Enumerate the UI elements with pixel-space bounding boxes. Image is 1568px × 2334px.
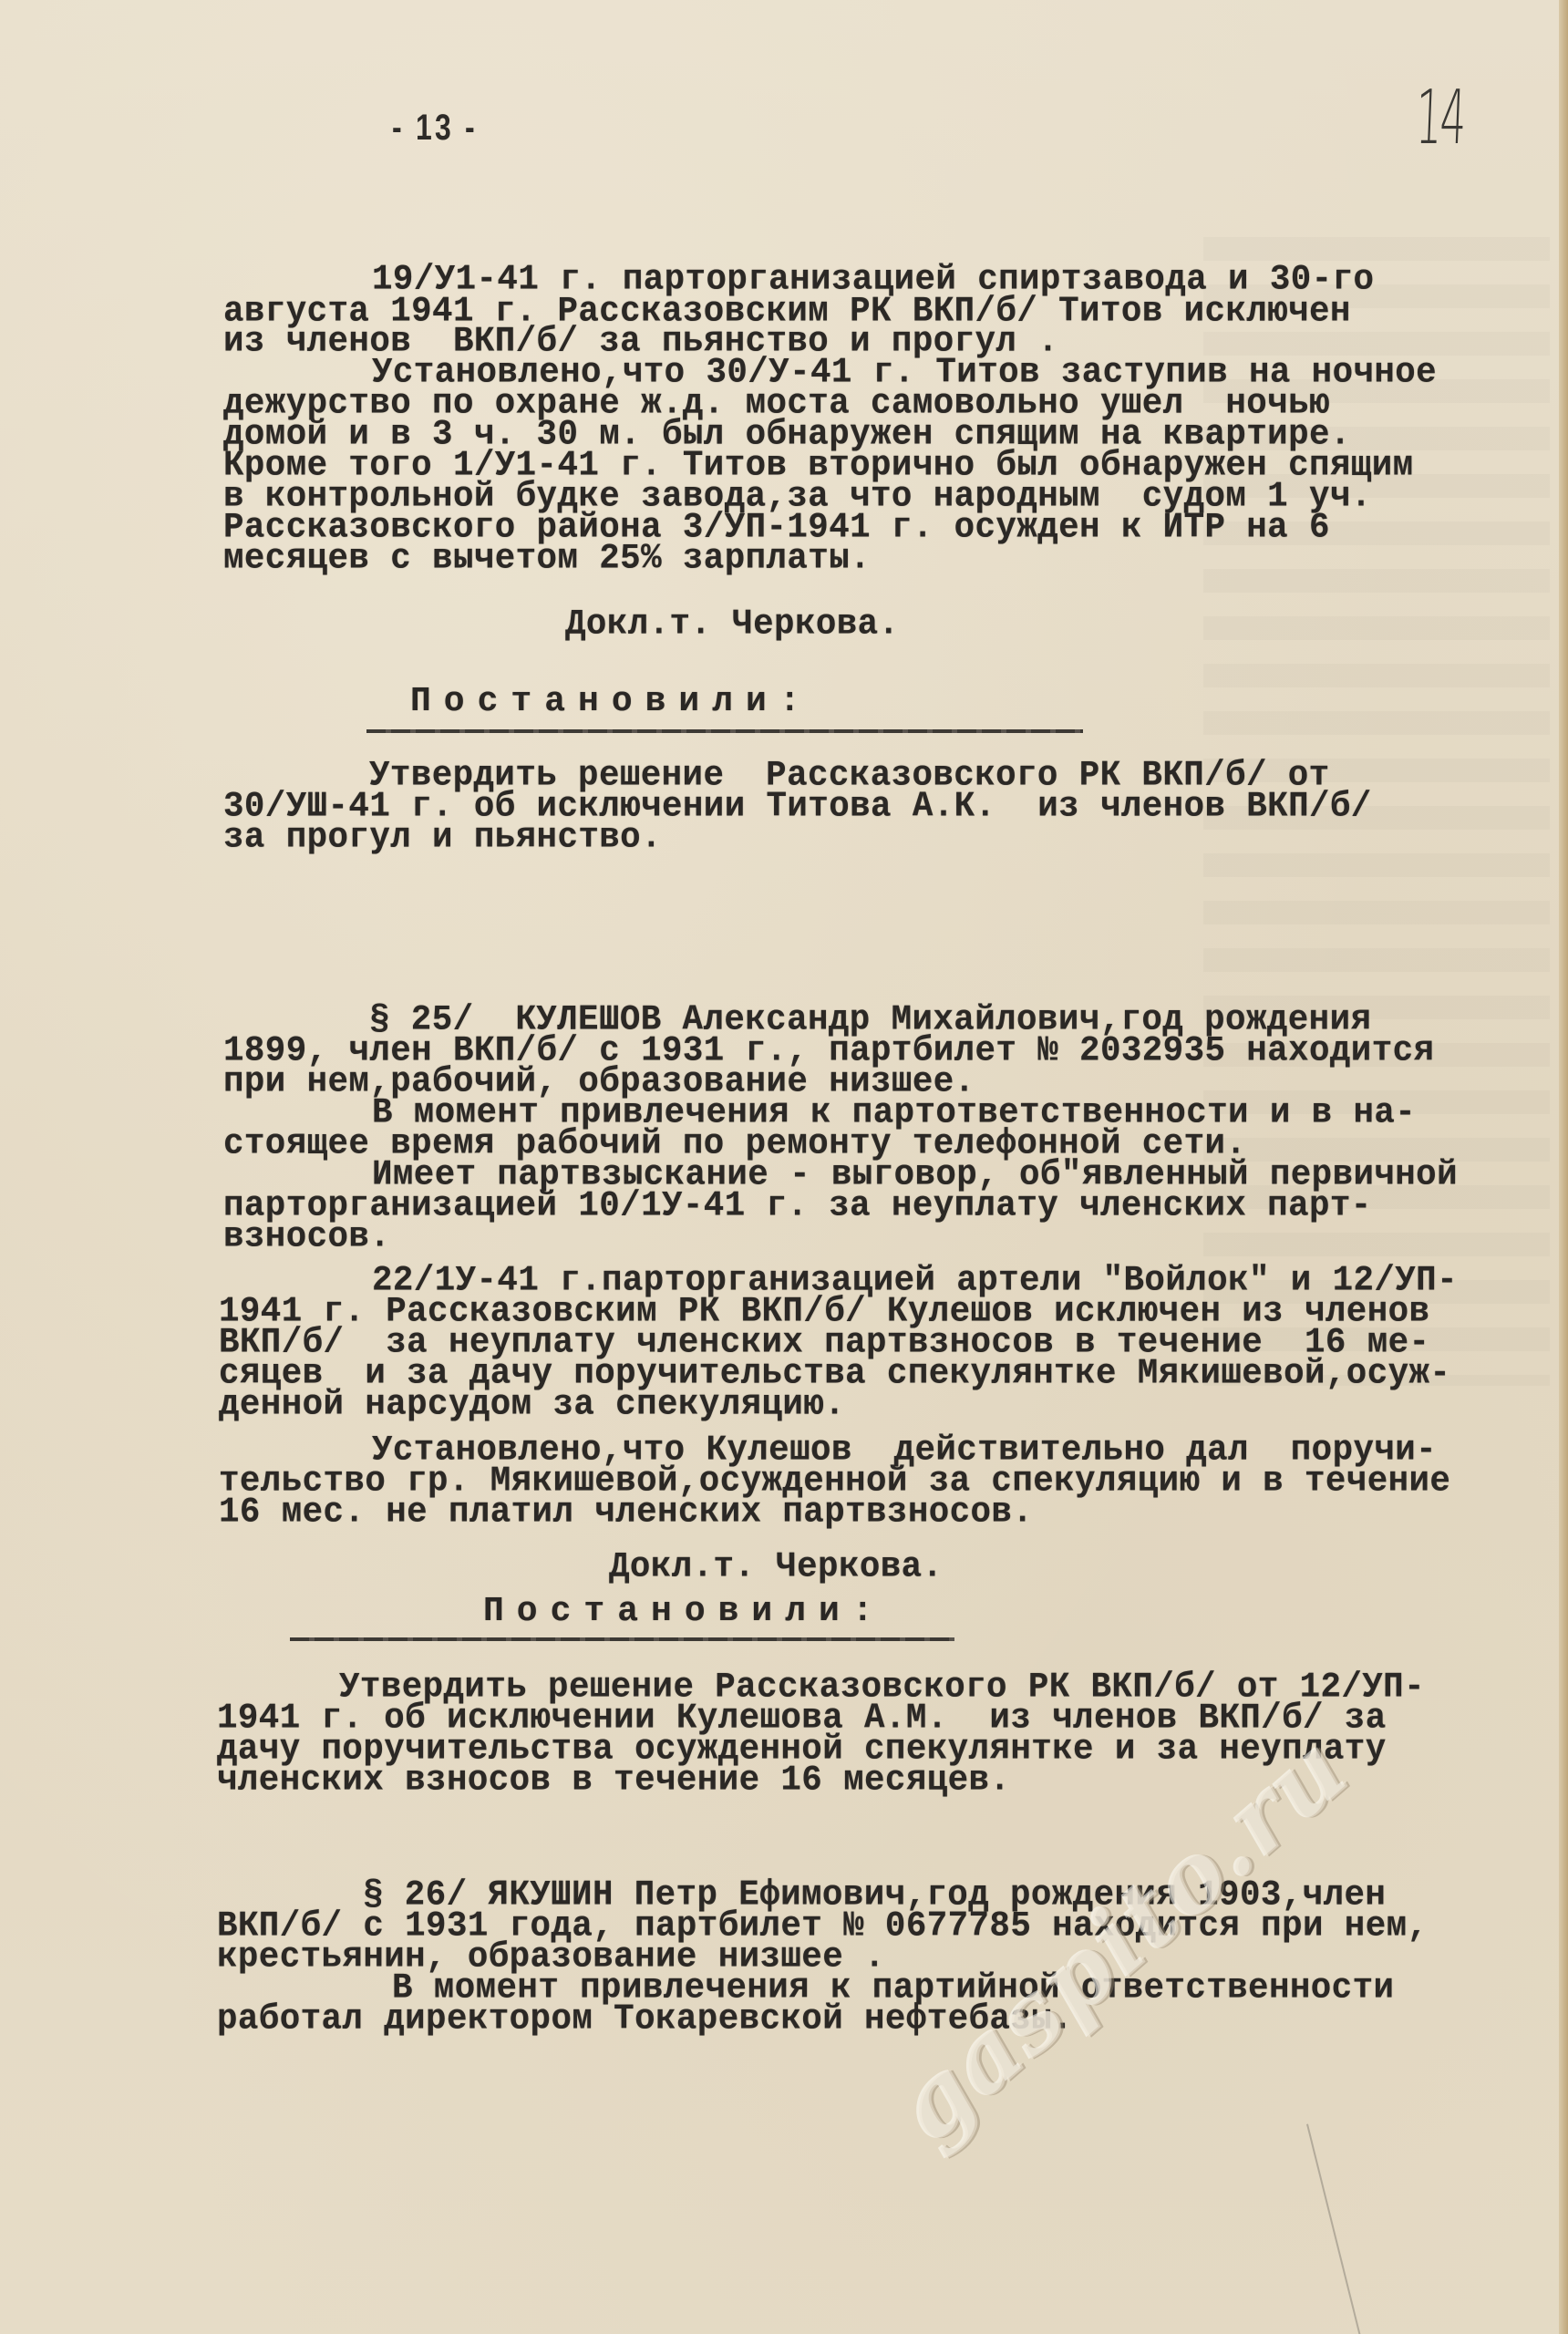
heading-underline: [366, 729, 1083, 733]
typed-page-number: - 13 -: [392, 108, 478, 149]
pencil-mark: [1306, 2124, 1361, 2334]
resolution-heading: Постановили:: [483, 1592, 886, 1631]
text-line: парторганизацией 10/1У-41 г. за неуплату…: [223, 1187, 1372, 1225]
text-line: взносов.: [223, 1218, 390, 1256]
resolution-line: членских взносов в течение 16 месяцев.: [217, 1761, 1010, 1800]
heading-underline: [290, 1637, 954, 1641]
resolution-heading: Постановили:: [410, 682, 813, 721]
paper-edge: [1559, 0, 1568, 2334]
text-line: денной нарсудом за спекуляцию.: [219, 1386, 845, 1424]
handwritten-sheet-number: 14: [1414, 75, 1466, 161]
text-line: работал директором Токаревской нефтебазы…: [217, 2000, 1073, 2039]
reporter-line: Докл.т. Черкова.: [609, 1548, 943, 1586]
text-line: месяцев с вычетом 25% зарплаты.: [223, 540, 871, 578]
text-line: 16 мес. не платил членских партвзносов.: [219, 1493, 1033, 1532]
reporter-line: Докл.т. Черкова.: [565, 605, 899, 644]
resolution-line: за прогул и пьянство.: [223, 819, 662, 857]
